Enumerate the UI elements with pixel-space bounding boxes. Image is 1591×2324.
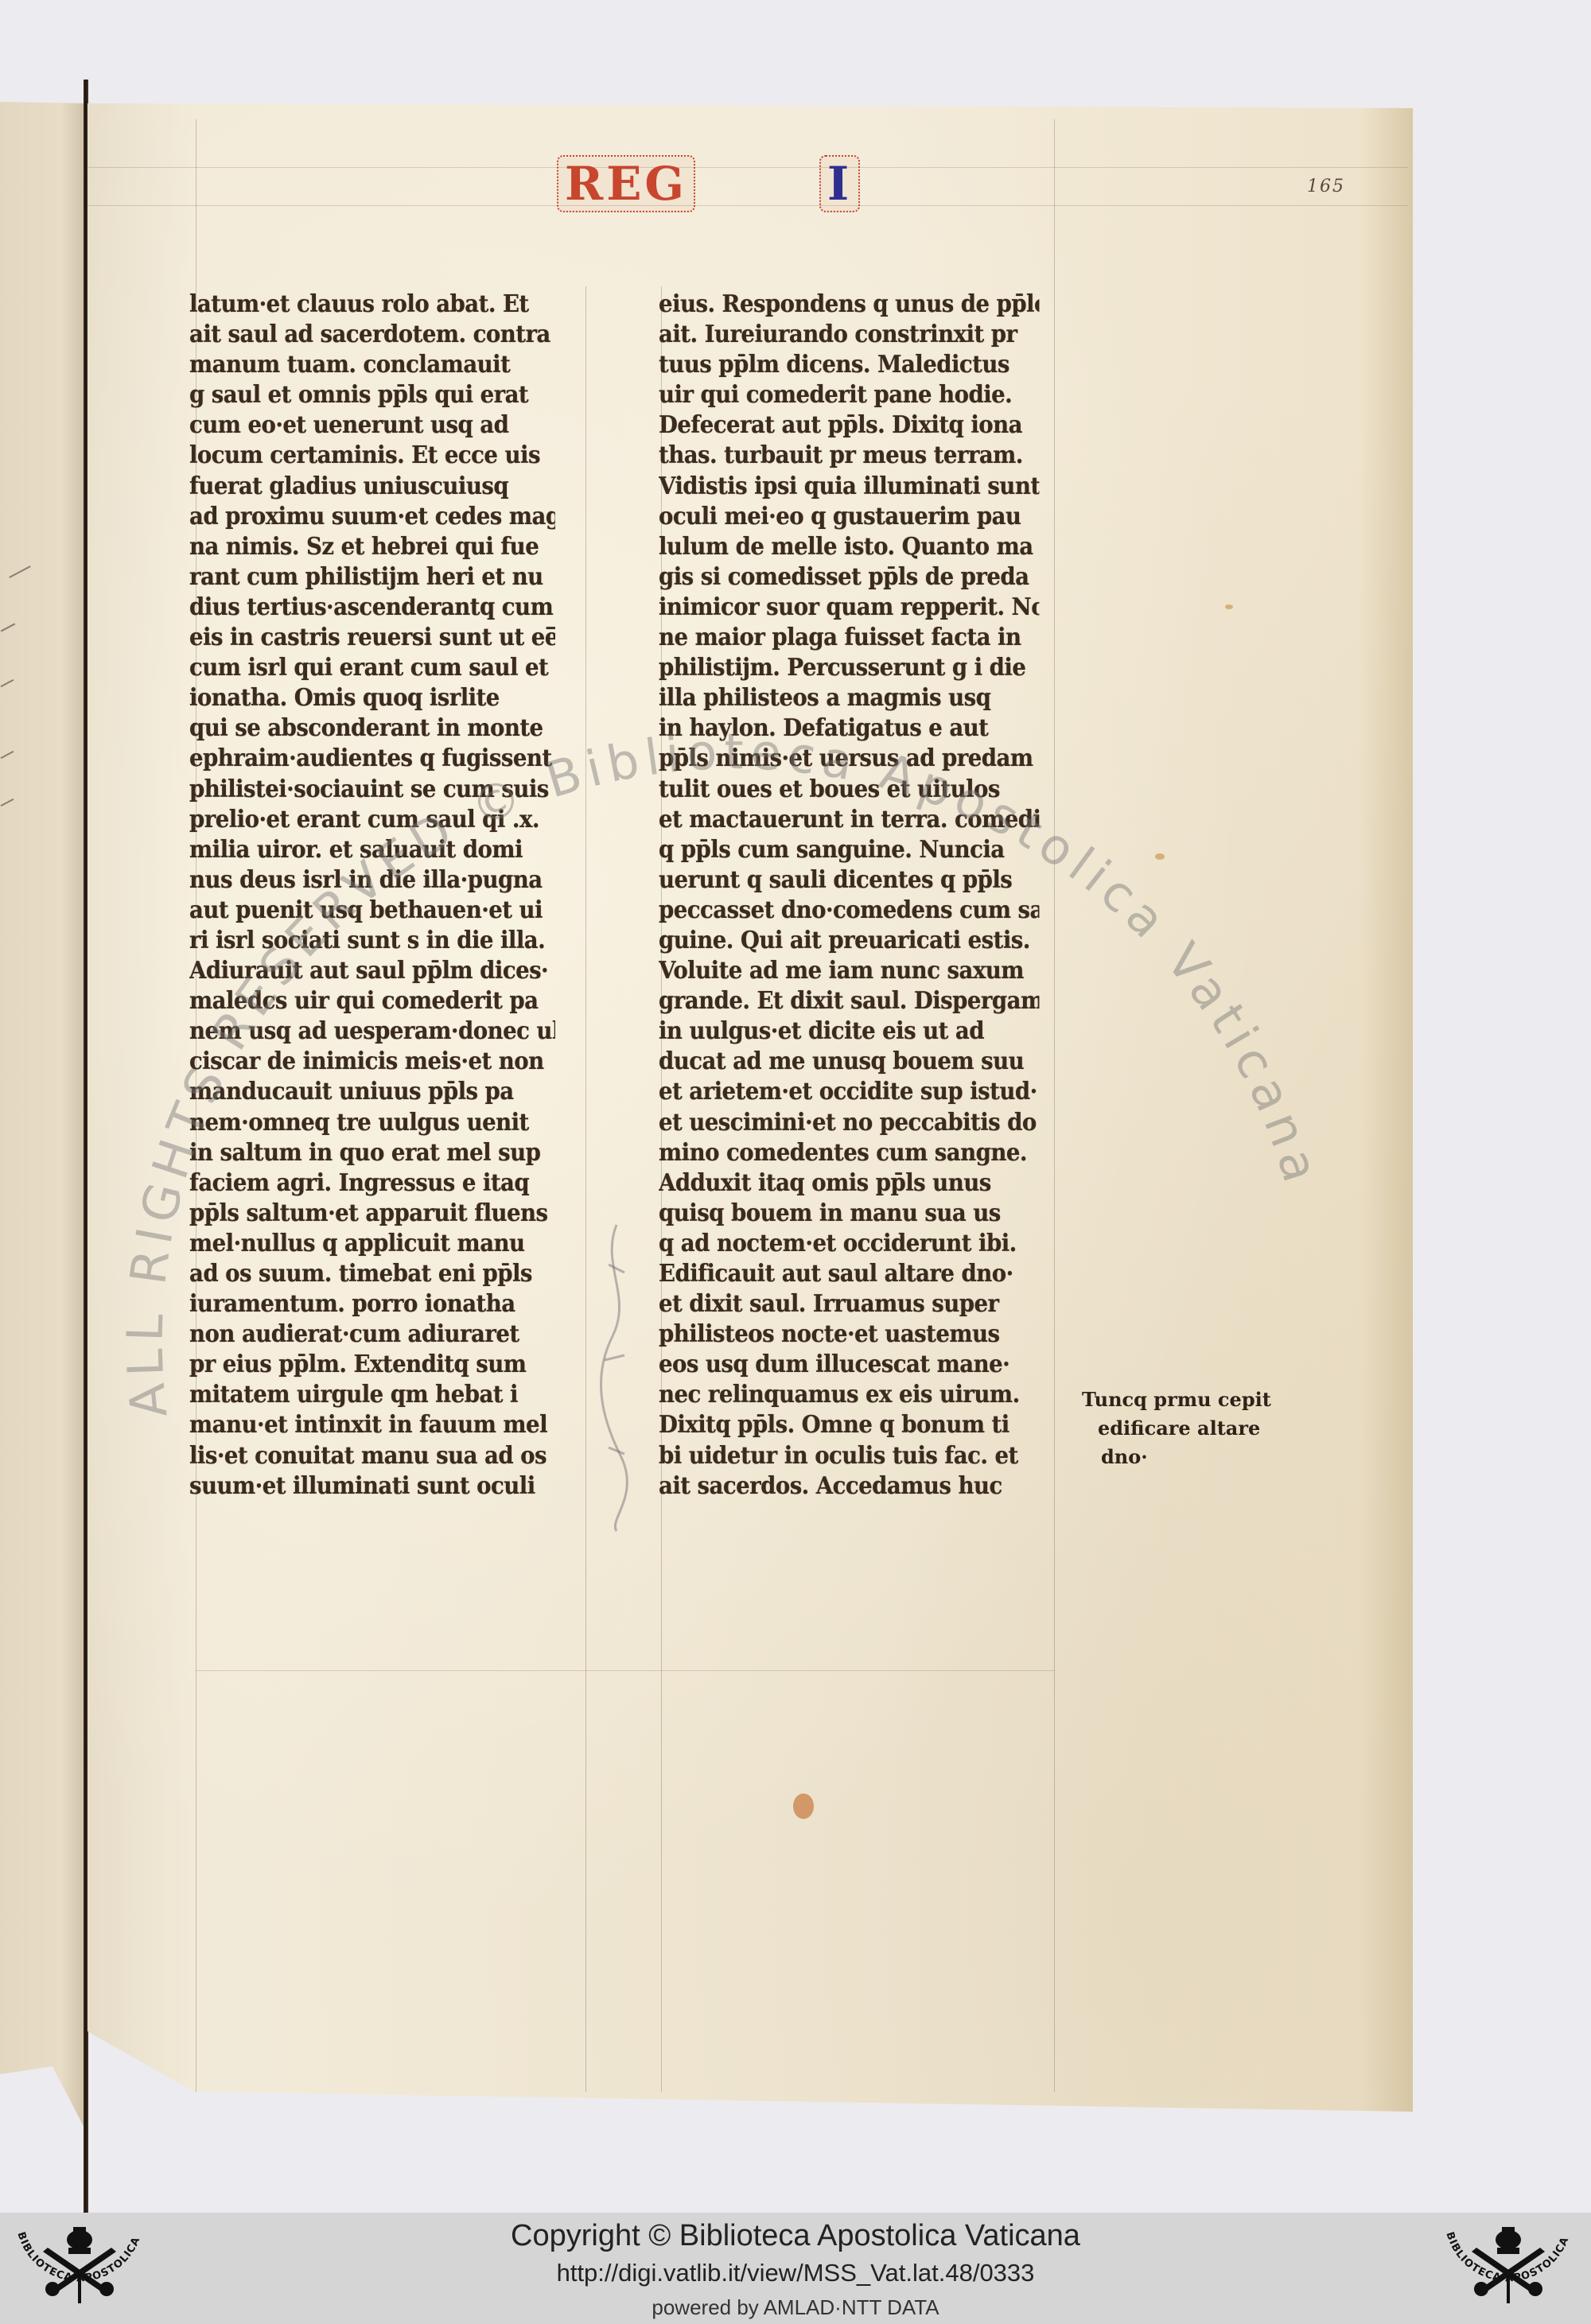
manuscript-text-line: philisteos nocte·et uastemus xyxy=(659,1319,1039,1350)
footer-bar: BIBLIOTECA APOSTOLICA VATICANA Copyright… xyxy=(0,2213,1591,2324)
manuscript-text-line: Voluite ad me iam nunc saxum xyxy=(659,956,1039,986)
manuscript-text-line: ait. Iureiurando constrinxit pr xyxy=(659,320,1039,350)
left-page-edge xyxy=(0,102,88,2138)
manuscript-text-line: ait saul ad sacerdotem. contra xyxy=(189,320,555,350)
manuscript-text-line: fuerat gladius uniuscuiusq xyxy=(189,472,555,502)
folio-number: 165 xyxy=(1307,177,1345,196)
manuscript-text-line: peccasset dno·comedens cum sa xyxy=(659,896,1039,926)
manuscript-text-line: guine. Qui ait preuaricati estis. xyxy=(659,926,1039,956)
manuscript-text-line: faciem agri. Ingressus e itaq xyxy=(189,1168,555,1199)
manuscript-text-line: nem usq ad uesperam·donec ul xyxy=(189,1016,555,1047)
ruling-line xyxy=(196,1670,1055,1671)
manuscript-text-line: ionatha. Omis quoq isrlite xyxy=(189,683,555,713)
manuscript-text-line: latum·et clauus rolo abat. Et xyxy=(189,290,555,320)
manuscript-text-line: tuus pp̄lm dicens. Maledictus xyxy=(659,350,1039,380)
manuscript-text-line: Defecerat aut pp̄ls. Dixitq iona xyxy=(659,410,1039,441)
manuscript-text-line: mino comedentes cum sangne. xyxy=(659,1138,1039,1168)
manuscript-text-line: in haylon. Defatigatus e aut xyxy=(659,713,1039,744)
manuscript-text-line: oculi mei·eo q gustauerim pau xyxy=(659,502,1039,532)
manuscript-text-line: ducat ad me unusq bouem suu xyxy=(659,1047,1039,1077)
stain xyxy=(793,1794,814,1819)
manuscript-text-line: nus deus isrl in die illa·pugna xyxy=(189,865,555,896)
manuscript-text-line: ad os suum. timebat eni pp̄ls xyxy=(189,1259,555,1289)
manuscript-text-line: ri isrl sociati sunt s in die illa. xyxy=(189,926,555,956)
manuscript-text-line: gis si comedisset pp̄ls de preda xyxy=(659,562,1039,593)
running-header-right: I xyxy=(819,156,860,212)
manuscript-text-line: et dixit saul. Irruamus super xyxy=(659,1289,1039,1319)
running-header-left: REG xyxy=(557,156,695,212)
manuscript-text-line: pp̄ls saltum·et apparuit fluens xyxy=(189,1199,555,1229)
manuscript-text-line: manum tuam. conclamauit xyxy=(189,350,555,380)
manuscript-text-line: qui se absconderant in monte xyxy=(189,713,555,744)
manuscript-text-line: ciscar de inimicis meis·et non xyxy=(189,1047,555,1077)
text-column-right: eius. Respondens q unus de pp̄loait. Iur… xyxy=(659,290,1072,1502)
powered-by-text: powered by AMLAD·NTT DATA xyxy=(0,2295,1591,2320)
manuscript-text-line: mel·nullus q applicuit manu xyxy=(189,1229,555,1259)
manuscript-text-line: suum·et illuminati sunt oculi xyxy=(189,1471,555,1502)
manuscript-text-line: in saltum in quo erat mel sup xyxy=(189,1138,555,1168)
manuscript-text-line: q ad noctem·et occiderunt ibi. xyxy=(659,1229,1039,1259)
manuscript-text-line: non audierat·cum adiuraret xyxy=(189,1319,555,1350)
manuscript-text-line: rant cum philistijm heri et nu xyxy=(189,562,555,593)
manuscript-text-line: pp̄ls nimis·et uersus ad predam xyxy=(659,744,1039,774)
manuscript-text-line: cum eo·et uenerunt usq ad xyxy=(189,410,555,441)
manuscript-text-line: tulit oues et boues et uitulos xyxy=(659,775,1039,805)
running-header-left-text: REG xyxy=(557,155,695,212)
manuscript-text-line: in uulgus·et dicite eis ut ad xyxy=(659,1016,1039,1047)
marginal-note-line: Tuncq prmu cepit xyxy=(1082,1385,1305,1414)
manuscript-text-line: na nimis. Sz et hebrei qui fue xyxy=(189,532,555,562)
manuscript-text-line: manducauit uniuus pp̄ls pa xyxy=(189,1077,555,1107)
marginal-note: Tuncq prmu cepit edificare altare dno· xyxy=(1082,1385,1305,1471)
manuscript-text-line: ne maior plaga fuisset facta in xyxy=(659,623,1039,653)
manuscript-text-line: Edificauit aut saul altare dno· xyxy=(659,1259,1039,1289)
manuscript-text-line: aut puenit usq bethauen·et ui xyxy=(189,896,555,926)
ruling-line xyxy=(88,205,1408,206)
manuscript-text-line: eos usq dum illucescat mane· xyxy=(659,1350,1039,1380)
stain xyxy=(1225,604,1233,609)
manuscript-text-line: thas. turbauit pr meus terram. xyxy=(659,441,1039,471)
manuscript-text-line: philistijm. Percusserunt g i die xyxy=(659,653,1039,683)
manuscript-text-line: Dixitq pp̄ls. Omne q bonum ti xyxy=(659,1410,1039,1440)
manuscript-text-line: inimicor suor quam repperit. No xyxy=(659,593,1039,623)
manuscript-text-line: nem·omneq tre uulgus uenit xyxy=(189,1108,555,1138)
manuscript-text-line: manu·et intinxit in fauum mel xyxy=(189,1410,555,1440)
manuscript-text-line: grande. Et dixit saul. Dispergamini xyxy=(659,986,1039,1016)
vatican-library-logo: BIBLIOTECA APOSTOLICA VATICANA xyxy=(1429,2216,1588,2322)
manuscript-text-line: ad proximu suum·et cedes mag xyxy=(189,502,555,532)
manuscript-text-line: iuramentum. porro ionatha xyxy=(189,1289,555,1319)
manuscript-text-line: prelio·et erant cum saul qi .x. xyxy=(189,805,555,835)
stain xyxy=(1155,853,1165,860)
manuscript-text-line: Adiurauit aut saul pp̄lm dices· xyxy=(189,956,555,986)
manuscript-text-line: eius. Respondens q unus de pp̄lo xyxy=(659,290,1039,320)
manuscript-text-line: illa philisteos a magmis usq xyxy=(659,683,1039,713)
manuscript-text-line: cum isrl qui erant cum saul et xyxy=(189,653,555,683)
manuscript-text-line: et mactauerunt in terra. comedit xyxy=(659,805,1039,835)
manuscript-text-line: mitatem uirgule qm hebat i xyxy=(189,1380,555,1410)
manuscript-text-line: g saul et omnis pp̄ls qui erat xyxy=(189,380,555,410)
manuscript-text-line: maledcs uir qui comederit pa xyxy=(189,986,555,1016)
text-column-left: latum·et clauus rolo abat. Etait saul ad… xyxy=(189,290,587,1502)
marginal-note-line: dno· xyxy=(1082,1443,1305,1471)
manuscript-text-line: bi uidetur in oculis tuis fac. et xyxy=(659,1441,1039,1471)
manuscript-text-line: pr eius pp̄lm. Extenditq sum xyxy=(189,1350,555,1380)
manuscript-text-line: Adduxit itaq omis pp̄ls unus xyxy=(659,1168,1039,1199)
marginal-note-line: edificare altare xyxy=(1082,1414,1305,1443)
marginal-flourish xyxy=(585,1217,648,1535)
manuscript-text-line: ephraim·audientes q fugissent xyxy=(189,744,555,774)
manuscript-text-line: philistei·sociauint se cum suis i xyxy=(189,775,555,805)
running-header-right-text: I xyxy=(819,155,860,212)
ruling-line xyxy=(88,167,1408,168)
manuscript-text-line: locum certaminis. Et ecce uis xyxy=(189,441,555,471)
manuscript-text-line: Vidistis ipsi quia illuminati sunt xyxy=(659,472,1039,502)
manuscript-text-line: lis·et conuitat manu sua ad os xyxy=(189,1441,555,1471)
copyright-text: Copyright © Biblioteca Apostolica Vatica… xyxy=(0,2219,1591,2253)
manuscript-text-line: et arietem·et occidite sup istud· xyxy=(659,1077,1039,1107)
manuscript-text-line: uerunt q sauli dicentes q pp̄ls xyxy=(659,865,1039,896)
manuscript-text-line: dius tertius·ascenderantq cum xyxy=(189,593,555,623)
manuscript-text-line: ait sacerdos. Accedamus huc xyxy=(659,1471,1039,1502)
manuscript-text-line: uir qui comederit pane hodie. xyxy=(659,380,1039,410)
manuscript-text-line: lulum de melle isto. Quanto ma xyxy=(659,532,1039,562)
manuscript-text-line: et uescimini·et no peccabitis do xyxy=(659,1108,1039,1138)
manuscript-text-line: nec relinquamus ex eis uirum. xyxy=(659,1380,1039,1410)
manuscript-viewer: REG I 165 latum·et clauus rolo abat. Eta… xyxy=(0,0,1591,2213)
manuscript-text-line: milia uiror. et saluauit domi xyxy=(189,835,555,865)
manuscript-text-line: quisq bouem in manu sua us xyxy=(659,1199,1039,1229)
manuscript-text-line: q pp̄ls cum sanguine. Nuncia xyxy=(659,835,1039,865)
manuscript-url[interactable]: http://digi.vatlib.it/view/MSS_Vat.lat.4… xyxy=(0,2259,1591,2287)
manuscript-text-line: eis in castris reuersi sunt ut ee̅nt xyxy=(189,623,555,653)
